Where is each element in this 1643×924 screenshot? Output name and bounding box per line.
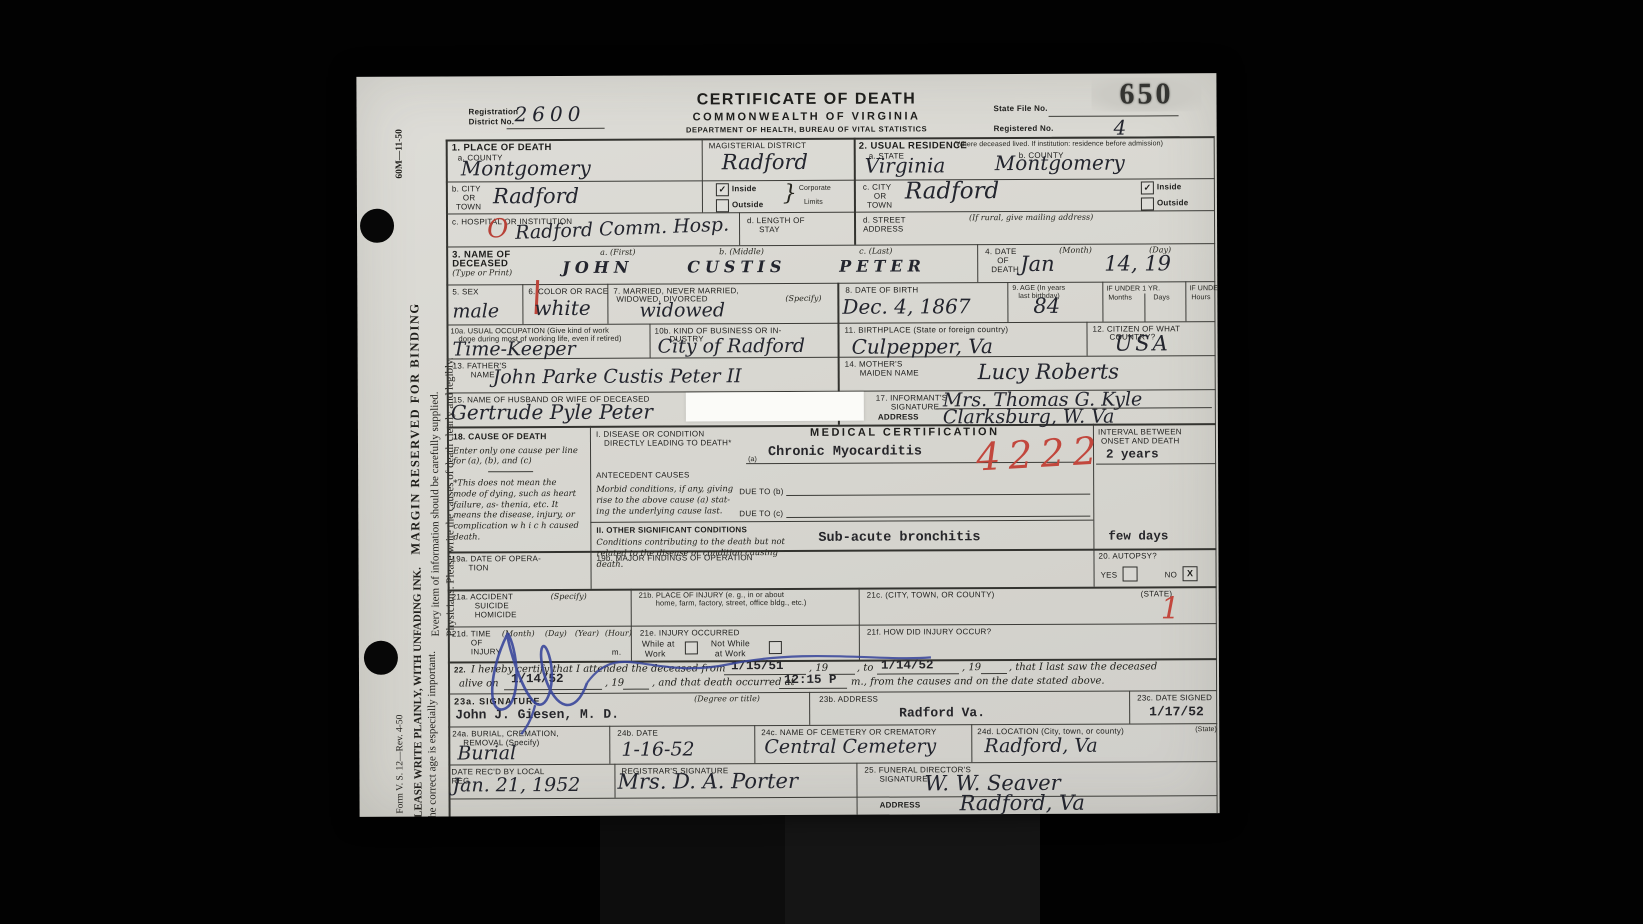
marital-value: widowed [639,299,725,321]
middle-name-value: CUSTIS [687,257,786,276]
under-24hrs-label: IF UNDER 24 HRS. [1189,285,1219,293]
other-conditions-value: Sub-acute bronchitis [818,530,980,546]
date-signed-label: 23c. DATE SIGNED [1137,693,1212,703]
father-label-2: NAME [471,370,495,380]
certify-num: 22. [454,665,466,674]
certify-text-2: , that I last saw the deceased [1009,661,1157,673]
red-4222-mark: 4222 [975,428,1106,479]
place-city-label-3: TOWN [456,202,481,212]
certify-19-b: , 19 [962,662,981,673]
informant-label-2: SIGNATURE [891,402,939,412]
deceased-title-3: (Type or Print) [452,268,512,277]
residence-county-value: Montgomery [995,151,1125,176]
informant-address-label: ADDRESS [878,412,919,422]
cemetery-value: Central Cemetery [764,735,936,758]
medical-certification-heading: MEDICAL CERTIFICATION [810,426,1000,440]
residence-outside-checkbox [1141,197,1154,210]
place-corporate-label: Corporate [799,185,831,193]
street-address-note: (If rural, give mailing address) [969,213,1093,223]
burial-value: Burial [457,742,516,764]
last-name-label: c. (Last) [859,247,892,256]
date-recd-value: Jan. 21, 1952 [452,774,580,797]
under-1yr-days-label: Days [1153,294,1169,302]
autopsy-yes-checkbox [1123,566,1138,581]
business-value: City of Radford [658,335,806,358]
first-name-value: JOHN [562,258,633,277]
usual-residence-note: (Where deceased lived. If institution: r… [954,140,1163,149]
place-limits-label: Limits [804,199,823,207]
certificate-title: CERTIFICATE OF DEATH [656,90,956,110]
birth-date-value: Dec. 4, 1867 [842,294,970,319]
place-inside-checkbox: ✓ [716,183,729,196]
race-value: white [534,296,590,320]
operation-date-label-1: 19a. DATE OF OPERA- [451,554,541,564]
age-value: 84 [1033,294,1060,318]
funeral-director-label-2: SIGNATURE [879,774,927,784]
under-1yr-label: IF UNDER 1 YR. [1106,285,1160,293]
place-brace: } [783,181,797,206]
interval-a-value: 2 years [1106,447,1159,461]
spouse-value: Gertrude Pyle Peter [451,400,653,425]
usual-residence-title: 2. USUAL RESIDENCE [859,140,967,152]
residence-inside-label: Inside [1157,182,1182,192]
burial-location-value: Radford, Va [984,735,1097,757]
scanned-death-certificate: 60M—11-50 Form V. S. 12—Rev. 4-50 MARGIN… [0,0,1643,924]
death-month-value: Jan [1020,252,1055,276]
injury-place-label-2: home, farm, factory, street, office bldg… [656,599,807,608]
district-no-value: 2600 [515,102,586,126]
funeral-address-value: Radford, Va [960,791,1085,816]
background-shade [785,800,1040,924]
cause-note-3: *This does not mean the mode of dying, s… [453,477,579,542]
hole-punch [360,209,394,243]
cause-note-2: for (a), (b), and (c) [453,455,585,466]
accident-label-3: HOMICIDE [475,610,517,620]
mother-label-2: MAIDEN NAME [860,368,919,378]
residence-state-value: Virginia [865,153,946,177]
cause-title: 18. CAUSE OF DEATH [453,431,547,441]
place-city-value: Radford [493,184,579,208]
red-one-mark: 1 [1161,591,1180,626]
first-name-label: a. (First) [600,248,635,257]
occupation-value: Time-Keeper [453,338,576,361]
morbid-note: Morbid conditions, if any, giving rise t… [596,483,741,516]
certificate-paper: 60M—11-50 Form V. S. 12—Rev. 4-50 MARGIN… [356,73,1219,817]
sex-label: 5. SEX [452,287,478,297]
operation-findings-label: 19b. MAJOR FINDINGS OF OPERATION [596,553,752,563]
burial-date-value: 1-16-52 [621,738,694,760]
marital-specify-label: (Specify) [785,294,821,303]
autopsy-no-label: NO [1165,570,1178,579]
death-month-label: (Month) [1059,246,1092,255]
father-value: John Parke Custis Peter II [493,365,742,388]
magisterial-district-value: Radford [722,150,808,174]
commonwealth-subtitle: COMMONWEALTH OF VIRGINIA [657,110,957,124]
injury-city-label: 21c. (CITY, TOWN, OR COUNTY) [867,590,995,600]
under-24hrs-hours-label: Hours [1191,294,1210,302]
last-name-value: PETER [839,256,926,275]
residence-outside-label: Outside [1157,198,1189,208]
date-signed-value: 1/17/52 [1149,704,1204,719]
antecedent-causes-label: ANTECEDENT CAUSES [596,470,689,480]
due-to-b-label: DUE TO (b) [739,487,783,497]
interval-other-value: few days [1108,529,1168,543]
residence-city-value: Radford [905,178,999,204]
margin-plainly-line1: PLEASE WRITE PLAINLY, WITH UNFADING INK. [411,567,426,817]
place-of-death-title: 1. PLACE OF DEATH [452,142,552,154]
place-inside-label: Inside [732,184,757,194]
place-county-value: Montgomery [461,156,591,181]
sex-value: male [452,300,499,322]
red-circle-mark: O [487,214,508,244]
hole-punch [364,641,398,675]
funeral-address-label: ADDRESS [880,800,921,810]
margin-print-code: 60M—11-50 [395,129,405,179]
district-no-label: District No. [469,117,515,127]
department-line: DEPARTMENT OF HEALTH, BUREAU OF VITAL ST… [657,125,957,135]
background-shade [600,800,785,924]
place-outside-label: Outside [732,200,764,210]
due-to-c-label: DUE TO (c) [739,509,783,519]
margin-supplied-line1: Every item of information should be care… [428,357,444,636]
operation-date-label-2: TION [469,563,489,573]
autopsy-label: 20. AUTOPSY? [1098,551,1156,561]
autopsy-yes-label: YES [1101,571,1118,581]
registered-no-label: Registered No. [994,124,1054,134]
accident-specify-label: (Specify) [551,592,587,601]
street-address-label-2: ADDRESS [863,224,903,234]
citizen-value: USA [1115,331,1171,355]
under-1yr-months-label: Months [1108,294,1132,302]
margin-form-code: Form V. S. 12—Rev. 4-50 [395,715,405,814]
margin-binding-note: MARGIN RESERVED FOR BINDING [407,302,423,554]
registration-label: Registration [469,107,519,117]
death-day-year-value: 14, 19 [1104,251,1171,275]
residence-inside-checkbox: ✓ [1141,181,1154,194]
other-conditions-title: II. OTHER SIGNIFICANT CONDITIONS [596,525,747,535]
place-outside-checkbox [716,199,729,212]
registrar-signature-value: Mrs. D. A. Porter [617,769,798,794]
birthplace-value: Culpepper, Va [852,334,993,359]
state-file-stamp: 650 [1091,77,1201,111]
autopsy-no-checkbox: X [1183,566,1198,581]
interval-label-2: ONSET AND DEATH [1101,436,1180,446]
cause-a-value: Chronic Myocarditis [768,444,922,460]
date-of-death-label-3: DEATH [991,265,1019,275]
physician-signature-flourish [477,619,947,736]
residence-city-label-3: TOWN [867,201,892,211]
white-out-patch [686,392,864,422]
age-label-1: 9. AGE (In years [1012,285,1065,293]
length-of-stay-label-2: STAY [759,225,780,235]
mother-value: Lucy Roberts [978,360,1119,385]
middle-name-label: b. (Middle) [719,247,764,256]
burial-location-state-label: (State) [1195,726,1217,734]
disease-label-2: DIRECTLY LEADING TO DEATH* [604,438,732,448]
informant-address-value: Clarksburg, W. Va [943,406,1115,429]
state-file-label: State File No. [994,104,1048,114]
